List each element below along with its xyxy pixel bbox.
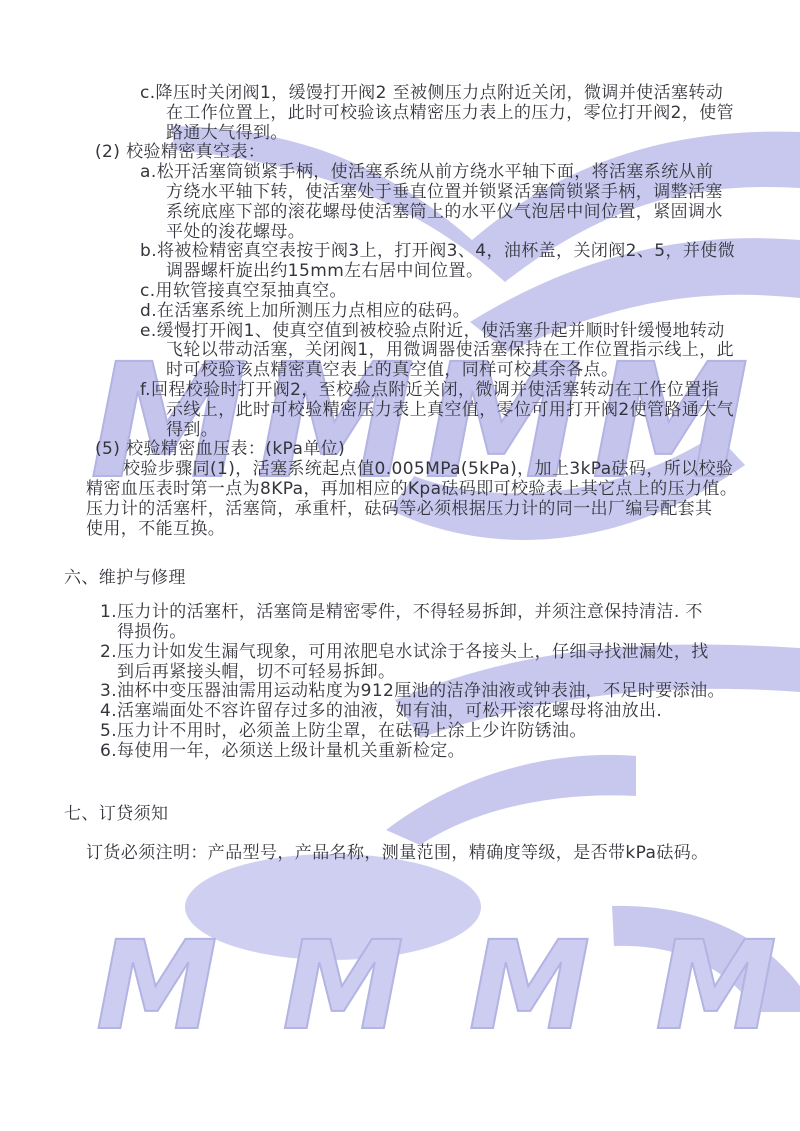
section-heading-ordering: 七、订贷须知 (0, 805, 800, 825)
doc-line: d.在活塞系统上加所测压力点相应的砝码。 (0, 302, 800, 322)
calibration-section-lines: c.降压时关闭阀1，缓馒打开阀2 至被侧压力点附近关闭，微调并使活塞转动在工作位… (0, 84, 800, 539)
doc-line: 使用，不能互换。 (0, 520, 800, 540)
doc-line: 飞轮以带动活塞，关闭阀1，用微调器使活塞保持在工作位置指示线上，此 (0, 341, 800, 361)
doc-line: 示线上，此时可校验精密压力表上真空值，零位可用打开阀2使管路通大气 (0, 401, 800, 421)
doc-line: 2.压力计如发生漏气现象，可用浓肥皂水试涂于各接头上，仔细寻找泄漏处，找 (0, 643, 800, 663)
doc-line: 1.压力计的活塞杆，活塞筒是精密零件，不得轻易拆卸，并须注意保持清洁. 不 (0, 603, 800, 623)
doc-line: 到后再紧接头帽，切不可轻易拆卸。 (0, 663, 800, 683)
doc-line: 调器螺杆旋出约15mm左右居中间位置。 (0, 262, 800, 282)
doc-line: f.回程校验时打开阀2，至校验点附近关闭，微调并使活塞转动在工作位置指 (0, 381, 800, 401)
doc-line: 校验步骤同(1)，活塞系统起点值0.005MPa(5kPa)，加上3kPa砝码，… (0, 460, 800, 480)
doc-line: 5.压力计不用时，必须盖上防尘罩，在砝码上涂上少许防锈油。 (0, 722, 800, 742)
doc-line: (2) 校验精密真空表： (0, 143, 800, 163)
doc-line: 平处的浚花螺母。 (0, 223, 800, 243)
doc-line: e.缓慢打开阀1、使真空值到被校验点附近，使活塞升起并顺时针缓慢地转动 (0, 322, 800, 342)
doc-line: 精密血压表时第一点为8KPa，再加相应的Kpa砝码即可校验表上其它点上的压力值。 (0, 480, 800, 500)
doc-line: b.将被检精密真空表按于阀3上，打开阀3、4，油杯盖，关闭阀2、5，并使微 (0, 242, 800, 262)
page: MMMM MMMM c.降压时关闭阀1，缓馒打开阀2 至被侧压力点附近关闭，微调… (0, 0, 800, 1131)
doc-line: 4.活塞端面处不容许留存过多的油液，如有油，可松开滚花螺母将油放出. (0, 702, 800, 722)
doc-line: 得损伤。 (0, 623, 800, 643)
maintenance-list: 1.压力计的活塞杆，活塞筒是精密零件，不得轻易拆卸，并须注意保持清洁. 不得损伤… (0, 603, 800, 761)
document-body: c.降压时关闭阀1，缓馒打开阀2 至被侧压力点附近关闭，微调并使活塞转动在工作位… (0, 84, 800, 864)
ordering-note: 订货必须注明：产品型号，产品名称，测量范围，精确度等级，是否带kPa砝码。 (0, 844, 800, 864)
doc-line: 时可校验该点精密真空表上的真空值，同样可校其余各点。 (0, 361, 800, 381)
doc-line: 压力计的活塞杆，活塞筒，承重杆，砝码等必须根据压力计的同一出厂编号配套其 (0, 500, 800, 520)
doc-line: 系统底座下部的滚花螺母使活塞筒上的水平仪气泡居中间位置，紧固调水 (0, 203, 800, 223)
doc-line: 方绕水平轴下转，使活塞处于垂直位置并锁紧活塞筒锁紧手柄，调整活塞 (0, 183, 800, 203)
watermark-letters-bottom: MMMM (96, 915, 800, 1057)
doc-line: (5) 校验精密血压表：(kPa单位) (0, 440, 800, 460)
doc-line: 在工作位置上，此时可校验该点精密压力表上的压力，零位打开阀2，使管 (0, 104, 800, 124)
doc-line: 路通大气得到。 (0, 124, 800, 144)
doc-line: 6.每使用一年，必须送上级计量机关重新检定。 (0, 742, 800, 762)
doc-line: 3.油杯中变压器油需用运动粘度为912厘池的洁净油液或钟表油，不足时要添油。 (0, 682, 800, 702)
doc-line: a.松开活塞筒锁紧手柄，使活塞系统从前方绕水平轴下面，将活塞系统从前 (0, 163, 800, 183)
doc-line: 得到。 (0, 421, 800, 441)
section-heading-maintenance: 六、维护与修理 (0, 569, 800, 589)
doc-line: c.降压时关闭阀1，缓馒打开阀2 至被侧压力点附近关闭，微调并使活塞转动 (0, 84, 800, 104)
doc-line: c.用软管接真空泵抽真空。 (0, 282, 800, 302)
